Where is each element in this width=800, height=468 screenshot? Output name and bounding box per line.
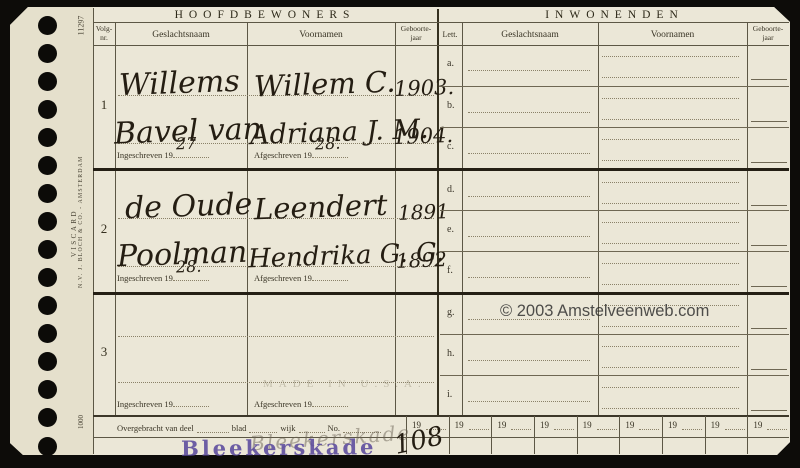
writing-line — [118, 336, 434, 337]
letter-label: e. — [447, 224, 454, 235]
hoofdbewoner-row-3: 3 Ingeschreven 19 Afgeschreven 19 — [93, 292, 438, 415]
row-number: 2 — [93, 221, 115, 237]
punch-hole — [38, 184, 57, 203]
printer-imprint: VISCARD N.V. J. BLOCH & CO. - AMSTERDAM — [70, 178, 84, 288]
inwonende-row-d: d. — [440, 169, 789, 212]
writing-line — [602, 222, 739, 223]
writing-line — [602, 182, 739, 183]
year-prefix: 19 — [625, 420, 634, 430]
year-prefix: 19 — [540, 420, 549, 430]
year-cell: 19 — [534, 416, 578, 454]
punch-hole — [38, 240, 57, 259]
year-line — [751, 369, 787, 370]
overgebracht-label: Overgebracht van deel — [117, 423, 194, 433]
year-line — [751, 410, 787, 411]
punch-hole — [38, 212, 57, 231]
year-prefix: 19 — [668, 420, 677, 430]
afgeschreven-value: 28. — [315, 136, 341, 153]
serial-number-bottom: 1000 — [77, 402, 85, 442]
inwonende-row-b: b. — [440, 86, 789, 128]
row-footer: Ingeschreven 1927 Afgeschreven 1928. — [93, 148, 438, 166]
inwonende-row-i: i. — [440, 375, 789, 417]
year-cell: 19 — [747, 416, 791, 454]
row-number: 3 — [93, 344, 115, 360]
inwonenden-title: INWONENDEN — [440, 9, 789, 21]
writing-line — [602, 408, 739, 409]
copyright-watermark: © 2003 Amstelveenweb.com — [500, 302, 709, 321]
writing-line — [602, 326, 739, 327]
col-volgnr: Volg- nr. — [93, 25, 115, 42]
year-cell: 19 — [619, 416, 663, 454]
punch-hole — [38, 100, 57, 119]
letter-label: g. — [447, 307, 455, 318]
letter-label: c. — [447, 141, 454, 152]
writing-line — [468, 70, 590, 71]
punch-hole — [38, 44, 57, 63]
emboss-stamp: MADE IN U.S.A. — [263, 378, 427, 390]
year-prefix: 19 — [753, 420, 762, 430]
ingeschreven-label: Ingeschreven 19 — [117, 397, 209, 409]
punch-hole — [38, 72, 57, 91]
ingeschreven-label: Ingeschreven 1927 — [117, 148, 209, 160]
writing-line — [468, 401, 590, 402]
year-line — [751, 121, 787, 122]
writing-line — [468, 360, 590, 361]
ingeschreven-label: Ingeschreven 1928. — [117, 271, 209, 283]
writing-line — [602, 284, 739, 285]
writing-line — [602, 98, 739, 99]
col-geslachtsnaam-right: Geslachtsnaam — [462, 30, 598, 41]
row-number: 1 — [93, 97, 115, 113]
writing-line — [602, 203, 739, 204]
year-cells: 191919191919191919 — [406, 416, 790, 454]
inwonende-row-a: a. — [440, 45, 789, 86]
surname-1: Willems — [119, 67, 241, 101]
writing-line — [602, 367, 739, 368]
writing-line — [602, 77, 739, 78]
year-prefix: 19 — [711, 420, 720, 430]
col-voornamen-left: Voornamen — [247, 30, 395, 41]
writing-line — [468, 196, 590, 197]
punch-hole — [38, 268, 57, 287]
row-footer: Ingeschreven 1928. Afgeschreven 19 — [93, 271, 438, 289]
year-line — [751, 79, 787, 80]
writing-line — [468, 236, 590, 237]
hoofdbewoners-title: HOOFDBEWONERS — [93, 9, 437, 21]
year-line — [751, 328, 787, 329]
hoofdbewoner-row-1: 1 Willems Willem C. 1903. Bavel van Adri… — [93, 45, 438, 168]
surname-1: de Oude — [125, 190, 253, 224]
writing-line — [602, 346, 739, 347]
writing-line — [602, 119, 739, 120]
hoofdbewoner-row-2: 2 de Oude Leendert 1891 Poolman Hendrika… — [93, 168, 438, 292]
writing-line — [602, 139, 739, 140]
writing-line — [602, 56, 739, 57]
letter-label: i. — [447, 389, 452, 400]
year-cell: 19 — [449, 416, 493, 454]
scan-background: 11297 VISCARD N.V. J. BLOCH & CO. - AMST… — [0, 0, 800, 468]
year-cell: 19 — [705, 416, 749, 454]
year-cell: 19 — [662, 416, 706, 454]
punch-hole — [38, 128, 57, 147]
writing-line — [468, 112, 590, 113]
col-geslachtsnaam-left: Geslachtsnaam — [115, 30, 247, 41]
rule-title — [93, 22, 789, 23]
letter-label: a. — [447, 58, 454, 69]
firstnames-1: Leendert — [254, 191, 388, 225]
inwonenden-rows: a.b.c.d.e.f.g.h.i. — [440, 45, 789, 416]
inwonende-row-f: f. — [440, 251, 789, 293]
col-voornamen-right: Voornamen — [598, 30, 747, 41]
letter-label: b. — [447, 100, 455, 111]
year-prefix: 19 — [455, 420, 464, 430]
inwonende-row-e: e. — [440, 210, 789, 252]
letter-label: f. — [447, 265, 453, 276]
punch-hole — [38, 437, 57, 456]
year-prefix: 19 — [583, 420, 592, 430]
inwonende-row-c: c. — [440, 127, 789, 169]
letter-label: h. — [447, 348, 455, 359]
year-prefix: 19 — [497, 420, 506, 430]
writing-line — [602, 160, 739, 161]
serial-number-top: 11297 — [77, 6, 86, 46]
afgeschreven-label: Afgeschreven 1928. — [254, 148, 348, 160]
year-line — [751, 205, 787, 206]
year-cell: 19 — [491, 416, 535, 454]
afgeschreven-label: Afgeschreven 19 — [254, 397, 348, 409]
writing-line — [468, 153, 590, 154]
afgeschreven-label: Afgeschreven 19 — [254, 271, 348, 283]
writing-line — [468, 277, 590, 278]
punch-hole — [38, 16, 57, 35]
inwonende-row-h: h. — [440, 334, 789, 376]
blad-label: blad — [232, 423, 247, 433]
letter-label: d. — [447, 184, 455, 195]
writing-line — [602, 263, 739, 264]
writing-line — [602, 243, 739, 244]
year-line — [751, 286, 787, 287]
year-cell: 19 — [577, 416, 621, 454]
row-footer: Ingeschreven 19 Afgeschreven 19 — [93, 397, 438, 415]
ingeschreven-value: 28. — [176, 259, 202, 276]
punch-hole — [38, 156, 57, 175]
year-line — [751, 162, 787, 163]
brand-name: VISCARD — [70, 178, 78, 288]
writing-line — [602, 387, 739, 388]
brand-company: N.V. J. BLOCH & CO. - AMSTERDAM — [78, 178, 84, 288]
firstnames-1: Willem C. — [254, 68, 396, 102]
ingeschreven-value: 27 — [176, 136, 197, 153]
col-geboortejaar-left: Geboorte- jaar — [395, 25, 437, 42]
col-geboortejaar-right: Geboorte- jaar — [747, 25, 789, 42]
col-lett: Lett. — [438, 30, 462, 39]
year-line — [751, 245, 787, 246]
street-stamp: Bleekerskade — [181, 434, 377, 461]
